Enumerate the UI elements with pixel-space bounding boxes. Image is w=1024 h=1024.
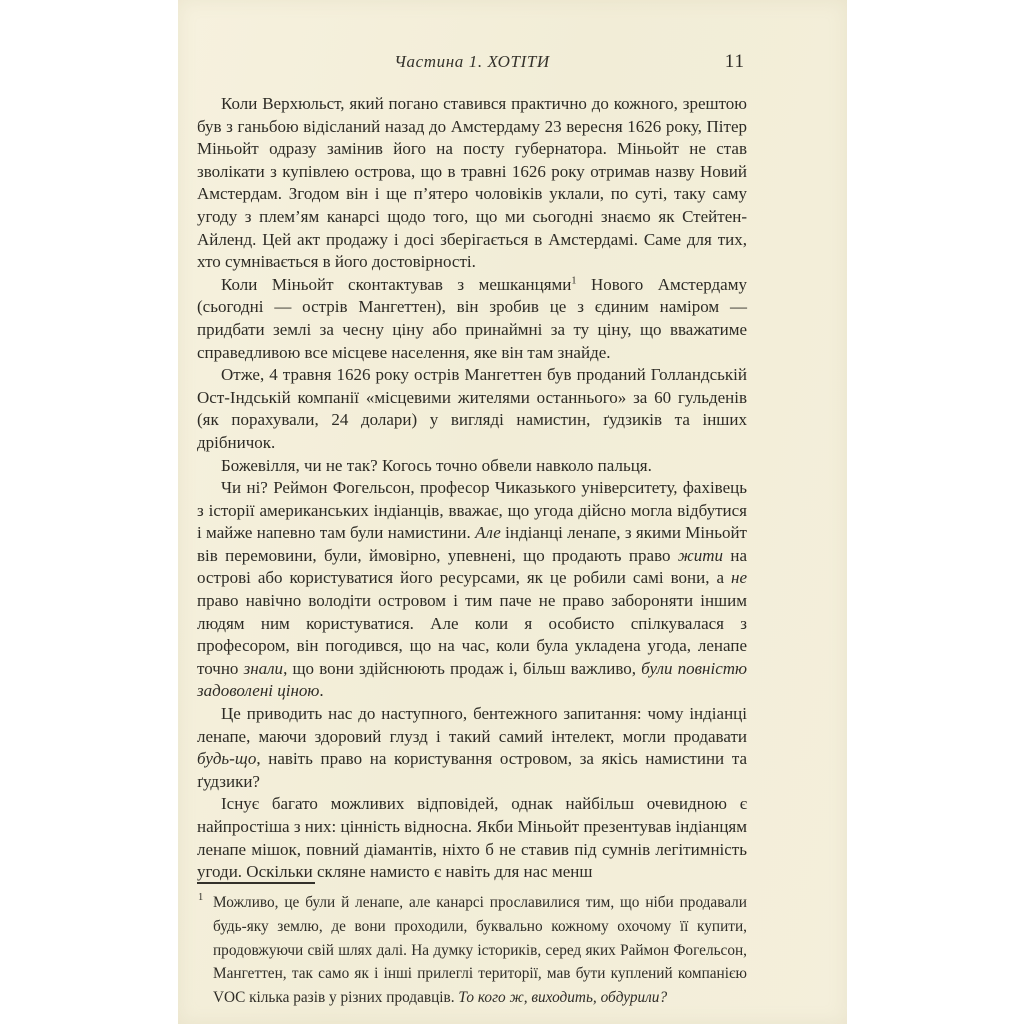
italic-run: жити	[678, 546, 723, 565]
text-run: , що вони здійснюють продаж і, більш важ…	[283, 659, 641, 678]
running-head: Частина 1. ХОТІТИ 11	[197, 52, 747, 74]
text-run: Це приводить нас до наступного, бентежно…	[197, 704, 747, 746]
text-run: .	[319, 681, 323, 700]
paragraph: Отже, 4 травня 1626 року острів Мангетте…	[197, 364, 747, 454]
italic-run: То кого ж, виходить, обдурили?	[458, 989, 667, 1006]
paragraph: Чи ні? Реймон Фогельсон, професор Чиказь…	[197, 477, 747, 703]
page-number: 11	[725, 51, 745, 73]
paragraph: Існує багато можливих відповідей, однак …	[197, 793, 747, 883]
italic-run: знали	[244, 659, 283, 678]
text-run: Коли Верхюльст, який погано ставився пра…	[197, 94, 747, 271]
text-run: Божевілля, чи не так? Когось точно обвел…	[221, 456, 652, 475]
text-run: Коли Міньойт сконтактував з мешканцями	[221, 275, 571, 294]
footnote-text: 1Можливо, це були й ленапе, але канарсі …	[197, 891, 747, 1010]
text-run: Отже, 4 травня 1626 року острів Мангетте…	[197, 365, 747, 452]
book-page: Частина 1. ХОТІТИ 11 Коли Верхюльст, яки…	[178, 0, 847, 1024]
text-run: , навіть право на користування островом,…	[197, 749, 747, 791]
footnote-marker: 1	[198, 893, 203, 904]
paragraph: Коли Міньойт сконтактував з мешканцями1 …	[197, 274, 747, 364]
running-title: Частина 1. ХОТІТИ	[394, 52, 550, 71]
italic-run: Але	[475, 523, 501, 542]
scan-background: { "page": { "header": { "running_title":…	[0, 0, 1024, 1024]
footnote: 1Можливо, це були й ленапе, але канарсі …	[197, 882, 747, 1010]
italic-run: не	[731, 568, 747, 587]
paragraph: Це приводить нас до наступного, бентежно…	[197, 703, 747, 793]
footnote-separator	[197, 882, 315, 884]
paragraph: Коли Верхюльст, який погано ставився пра…	[197, 93, 747, 274]
text-run: Існує багато можливих відповідей, однак …	[197, 794, 747, 881]
paragraph: Божевілля, чи не так? Когось точно обвел…	[197, 455, 747, 478]
body-paragraphs: Коли Верхюльст, який погано ставився пра…	[197, 93, 747, 884]
italic-run: будь-що	[197, 749, 256, 768]
